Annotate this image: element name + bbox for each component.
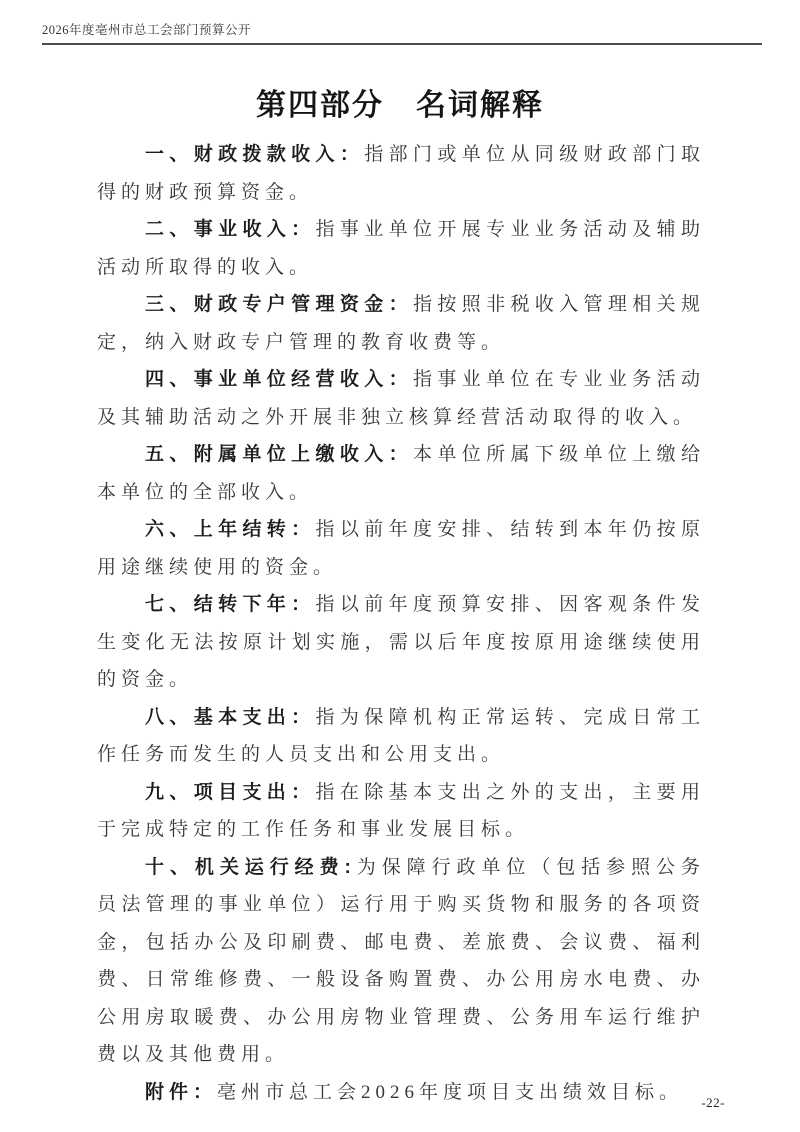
attachment-label: 附件： (145, 1082, 217, 1103)
glossary-term: 三、财政专户管理资金： (145, 294, 413, 315)
running-header-text: 2026年度亳州市总工会部门预算公开 (42, 23, 251, 37)
glossary-term: 二、事业收入： (145, 219, 316, 240)
attachment-text: 亳州市总工会2026年度项目支出绩效目标。 (217, 1082, 683, 1103)
glossary-term: 六、上年结转： (145, 519, 316, 540)
attachment-note: 附件：亳州市总工会2026年度项目支出绩效目标。 (97, 1074, 705, 1112)
glossary-definition: 为保障行政单位（包括参照公务员法管理的事业单位）运行用于购买货物和服务的各项资金… (97, 857, 705, 1066)
glossary-body: 一、财政拨款收入：指部门或单位从同级财政部门取得的财政预算资金。 二、事业收入：… (97, 136, 705, 1111)
glossary-entry: 二、事业收入：指事业单位开展专业业务活动及辅助活动所取得的收入。 (97, 211, 705, 286)
glossary-term: 十、机关运行经费: (145, 857, 356, 878)
glossary-entry: 十、机关运行经费:为保障行政单位（包括参照公务员法管理的事业单位）运行用于购买货… (97, 849, 705, 1074)
glossary-term: 一、财政拨款收入： (145, 144, 364, 165)
glossary-term: 五、附属单位上缴收入： (145, 444, 413, 465)
glossary-term: 七、结转下年： (145, 594, 316, 615)
glossary-entry: 一、财政拨款收入：指部门或单位从同级财政部门取得的财政预算资金。 (97, 136, 705, 211)
glossary-entry: 八、基本支出：指为保障机构正常运转、完成日常工作任务而发生的人员支出和公用支出。 (97, 699, 705, 774)
glossary-entry: 七、结转下年：指以前年度预算安排、因客观条件发生变化无法按原计划实施，需以后年度… (97, 586, 705, 699)
running-header: 2026年度亳州市总工会部门预算公开 (42, 0, 762, 45)
glossary-entry: 九、项目支出：指在除基本支出之外的支出，主要用于完成特定的工作任务和事业发展目标… (97, 774, 705, 849)
glossary-entry: 三、财政专户管理资金：指按照非税收入管理相关规定，纳入财政专户管理的教育收费等。 (97, 286, 705, 361)
page-title: 第四部分 名词解释 (0, 87, 800, 125)
glossary-term: 九、项目支出： (145, 782, 316, 803)
glossary-entry: 五、附属单位上缴收入：本单位所属下级单位上缴给本单位的全部收入。 (97, 436, 705, 511)
page-number: -22- (701, 1095, 725, 1111)
document-page: 2026年度亳州市总工会部门预算公开 第四部分 名词解释 一、财政拨款收入：指部… (0, 0, 800, 1132)
glossary-entry: 四、事业单位经营收入：指事业单位在专业业务活动及其辅助活动之外开展非独立核算经营… (97, 361, 705, 436)
glossary-entry: 六、上年结转：指以前年度安排、结转到本年仍按原用途继续使用的资金。 (97, 511, 705, 586)
glossary-term: 四、事业单位经营收入： (145, 369, 413, 390)
glossary-term: 八、基本支出： (145, 707, 316, 728)
